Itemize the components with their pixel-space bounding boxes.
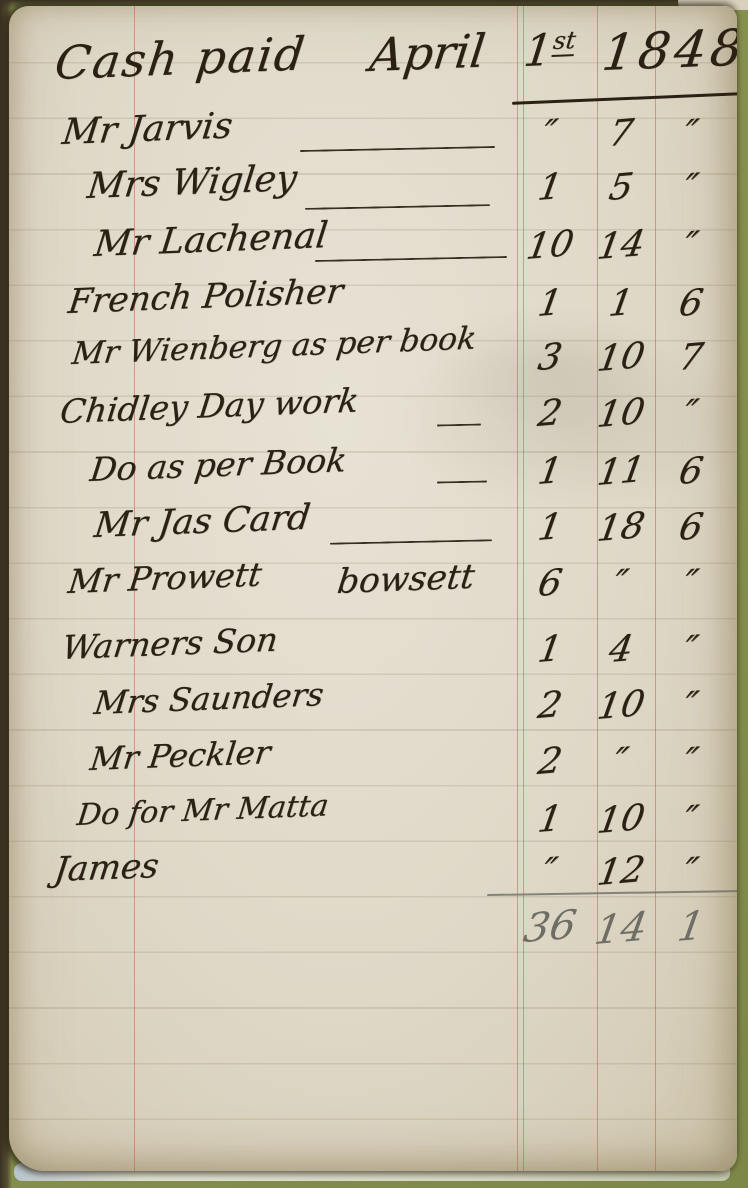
amount-pence: ″ [654,391,728,436]
amount-pence: ″ [654,627,728,672]
amount-pounds: 2 [516,391,583,436]
amount-shillings: 7 [590,112,651,156]
amount-shillings: 10 [590,798,651,842]
amount-shillings: 18 [590,506,651,550]
amount-pounds: 1 [516,449,583,494]
amount-shillings: ″ [590,740,651,784]
amount-pounds: 1 [516,505,583,550]
amount-pounds: 10 [516,223,583,268]
total-pounds: 36 [516,902,584,951]
amount-shillings: ″ [590,562,651,606]
entry-name: Mr Jarvis [60,106,235,153]
entry-name: Mrs Wigley [85,158,299,207]
amount-pounds: 1 [516,165,583,210]
amount-pence: ″ [654,223,728,268]
amount-pounds: 6 [516,561,583,606]
amount-pounds: 1 [516,627,583,672]
entry-secondary-note: bowsett [335,557,477,602]
header-day: 1st [521,24,578,77]
scanned-photo-background: Cash paid April 1st 1848 Mr Jarvis ″ 7 ″… [0,0,748,1188]
amount-pence: ″ [654,165,728,210]
amount-pence: 6 [654,505,728,550]
amount-pence: 6 [654,281,728,326]
entry-name: Mr Jas Card [92,498,312,546]
amount-shillings: 14 [590,224,651,268]
amount-pounds: 3 [516,335,583,380]
entry-name: James [52,846,161,890]
amount-pence: ″ [654,739,728,784]
amount-shillings: 11 [590,450,651,494]
amount-pounds: ″ [516,849,583,894]
amount-pounds: 2 [516,739,583,784]
amount-shillings: 10 [590,336,651,380]
entry-name: Mr Peckler [88,733,273,778]
amount-shillings: 5 [590,166,651,210]
amount-pence: ″ [654,797,728,842]
total-pence: 1 [654,902,728,952]
amount-shillings: 12 [590,850,651,894]
page-content: Cash paid April 1st 1848 Mr Jarvis ″ 7 ″… [9,6,737,1171]
amount-shillings: 10 [590,392,651,436]
total-shillings: 14 [590,905,652,954]
amount-pence: ″ [654,683,728,728]
amount-shillings: 1 [590,282,651,326]
header-day-suffix: st [551,26,577,57]
amount-pence: ″ [654,561,728,606]
ledger-page: Cash paid April 1st 1848 Mr Jarvis ″ 7 ″… [9,6,737,1171]
header-day-number: 1 [521,25,555,77]
amount-pence: ″ [654,111,728,156]
amount-pounds: 2 [516,683,583,728]
amount-pence: ″ [654,849,728,894]
amount-pence: 6 [654,449,728,494]
header-year: 1848 [599,19,737,82]
amount-pence: 7 [654,335,728,380]
amount-shillings: 10 [590,684,651,728]
amount-pounds: 1 [516,797,583,842]
amount-pounds: 1 [516,281,583,326]
entry-name: Mr Prowett [66,555,264,601]
header-month: April [367,24,488,82]
header-cash-paid: Cash paid [52,26,309,90]
amount-pounds: ″ [516,111,583,156]
amount-shillings: 4 [590,628,651,672]
